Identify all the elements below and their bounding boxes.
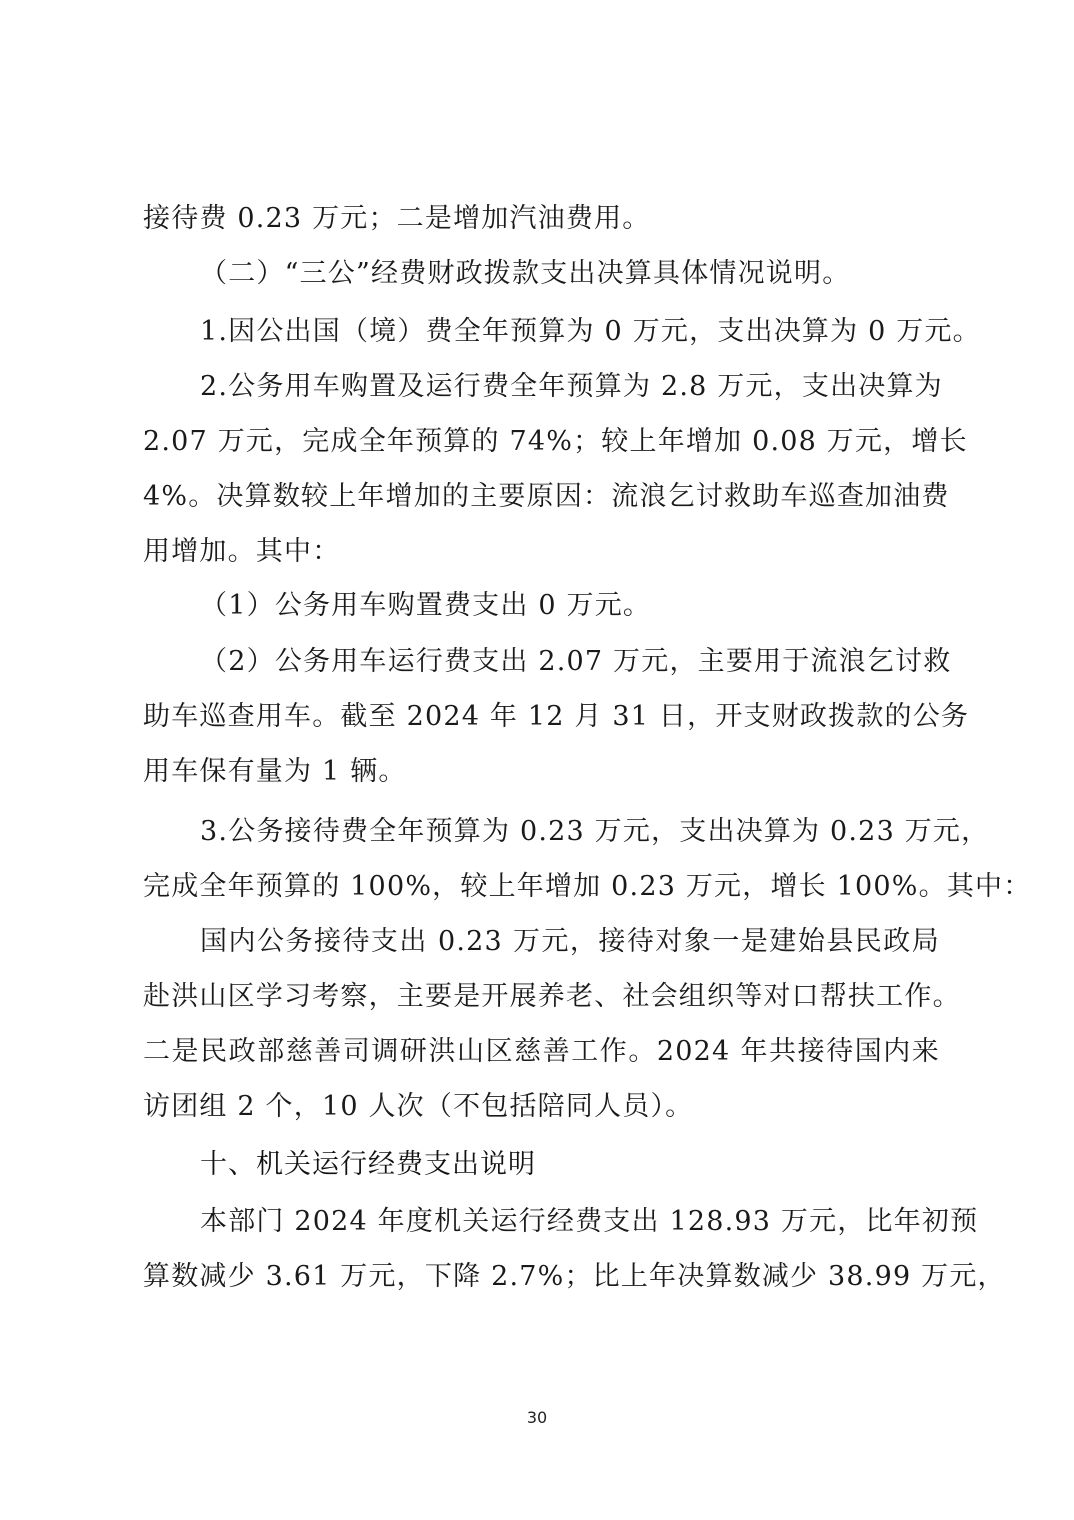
paragraph-line: 用增加。其中： <box>143 532 940 572</box>
page-number: 30 <box>0 1408 1074 1427</box>
paragraph-line: 2.公务用车购置及运行费全年预算为 2.8 万元，支出决算为 <box>200 367 940 407</box>
paragraph-line: 4%。决算数较上年增加的主要原因：流浪乞讨救助车巡查加油费 <box>143 477 940 517</box>
paragraph-line: 算数减少 3.61 万元，下降 2.7%；比上年决算数减少 38.99 万元， <box>143 1257 940 1297</box>
paragraph-line: 赴洪山区学习考察，主要是开展养老、社会组织等对口帮扶工作。 <box>143 977 940 1017</box>
paragraph-line: 1.因公出国（境）费全年预算为 0 万元，支出决算为 0 万元。 <box>200 312 940 352</box>
paragraph-line: 用车保有量为 1 辆。 <box>143 752 940 792</box>
paragraph-line: 3.公务接待费全年预算为 0.23 万元，支出决算为 0.23 万元， <box>200 812 940 852</box>
paragraph-line: 助车巡查用车。截至 2024 年 12 月 31 日，开支财政拨款的公务 <box>143 697 940 737</box>
paragraph-line: 完成全年预算的 100%，较上年增加 0.23 万元，增长 100%。其中： <box>143 867 940 907</box>
paragraph-line: （2）公务用车运行费支出 2.07 万元，主要用于流浪乞讨救 <box>200 642 940 682</box>
paragraph-line: （1）公务用车购置费支出 0 万元。 <box>200 586 940 626</box>
document-page: 接待费 0.23 万元；二是增加汽油费用。 （二）“三公”经费财政拨款支出决算具… <box>0 0 1074 1520</box>
section-heading: 十、机关运行经费支出说明 <box>200 1145 536 1185</box>
paragraph-line: 二是民政部慈善司调研洪山区慈善工作。2024 年共接待国内来 <box>143 1032 940 1072</box>
paragraph-line: 本部门 2024 年度机关运行经费支出 128.93 万元，比年初预 <box>200 1202 940 1242</box>
subsection-heading: （二）“三公”经费财政拨款支出决算具体情况说明。 <box>200 254 940 294</box>
paragraph-line: 访团组 2 个，10 人次（不包括陪同人员）。 <box>143 1087 940 1127</box>
paragraph-line: 2.07 万元，完成全年预算的 74%；较上年增加 0.08 万元，增长 <box>143 422 940 462</box>
paragraph-line: 接待费 0.23 万元；二是增加汽油费用。 <box>143 199 940 239</box>
paragraph-line: 国内公务接待支出 0.23 万元，接待对象一是建始县民政局 <box>200 922 940 962</box>
